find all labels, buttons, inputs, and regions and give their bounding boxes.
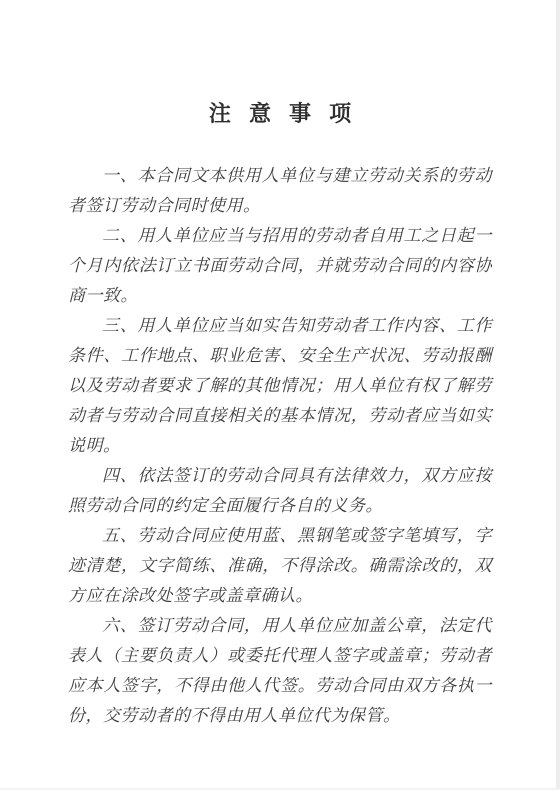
document-body: 一、本合同文本供用人单位与建立劳动关系的劳动者签订劳动合同时使用。二、用人单位应… (68, 161, 492, 731)
scan-edge-right (556, 0, 560, 790)
note-paragraph-6: 六、签订劳动合同，用人单位应加盖公章，法定代表人（主要负责人）或委托代理人签字或… (68, 611, 492, 731)
note-paragraph-3: 三、用人单位应当如实告知劳动者工作内容、工作条件、工作地点、职业危害、安全生产状… (68, 311, 492, 461)
note-paragraph-4: 四、依法签订的劳动合同具有法律效力，双方应按照劳动合同的约定全面履行各自的义务。 (68, 461, 492, 521)
document-page: 注 意 事 项 一、本合同文本供用人单位与建立劳动关系的劳动者签订劳动合同时使用… (0, 0, 560, 790)
note-paragraph-2: 二、用人单位应当与招用的劳动者自用工之日起一个月内依法订立书面劳动合同，并就劳动… (68, 221, 492, 311)
note-paragraph-5: 五、劳动合同应使用蓝、黑钢笔或签字笔填写，字迹清楚，文字简练、准确，不得涂改。确… (68, 521, 492, 611)
page-title: 注 意 事 项 (0, 0, 560, 128)
note-paragraph-1: 一、本合同文本供用人单位与建立劳动关系的劳动者签订劳动合同时使用。 (68, 161, 492, 221)
